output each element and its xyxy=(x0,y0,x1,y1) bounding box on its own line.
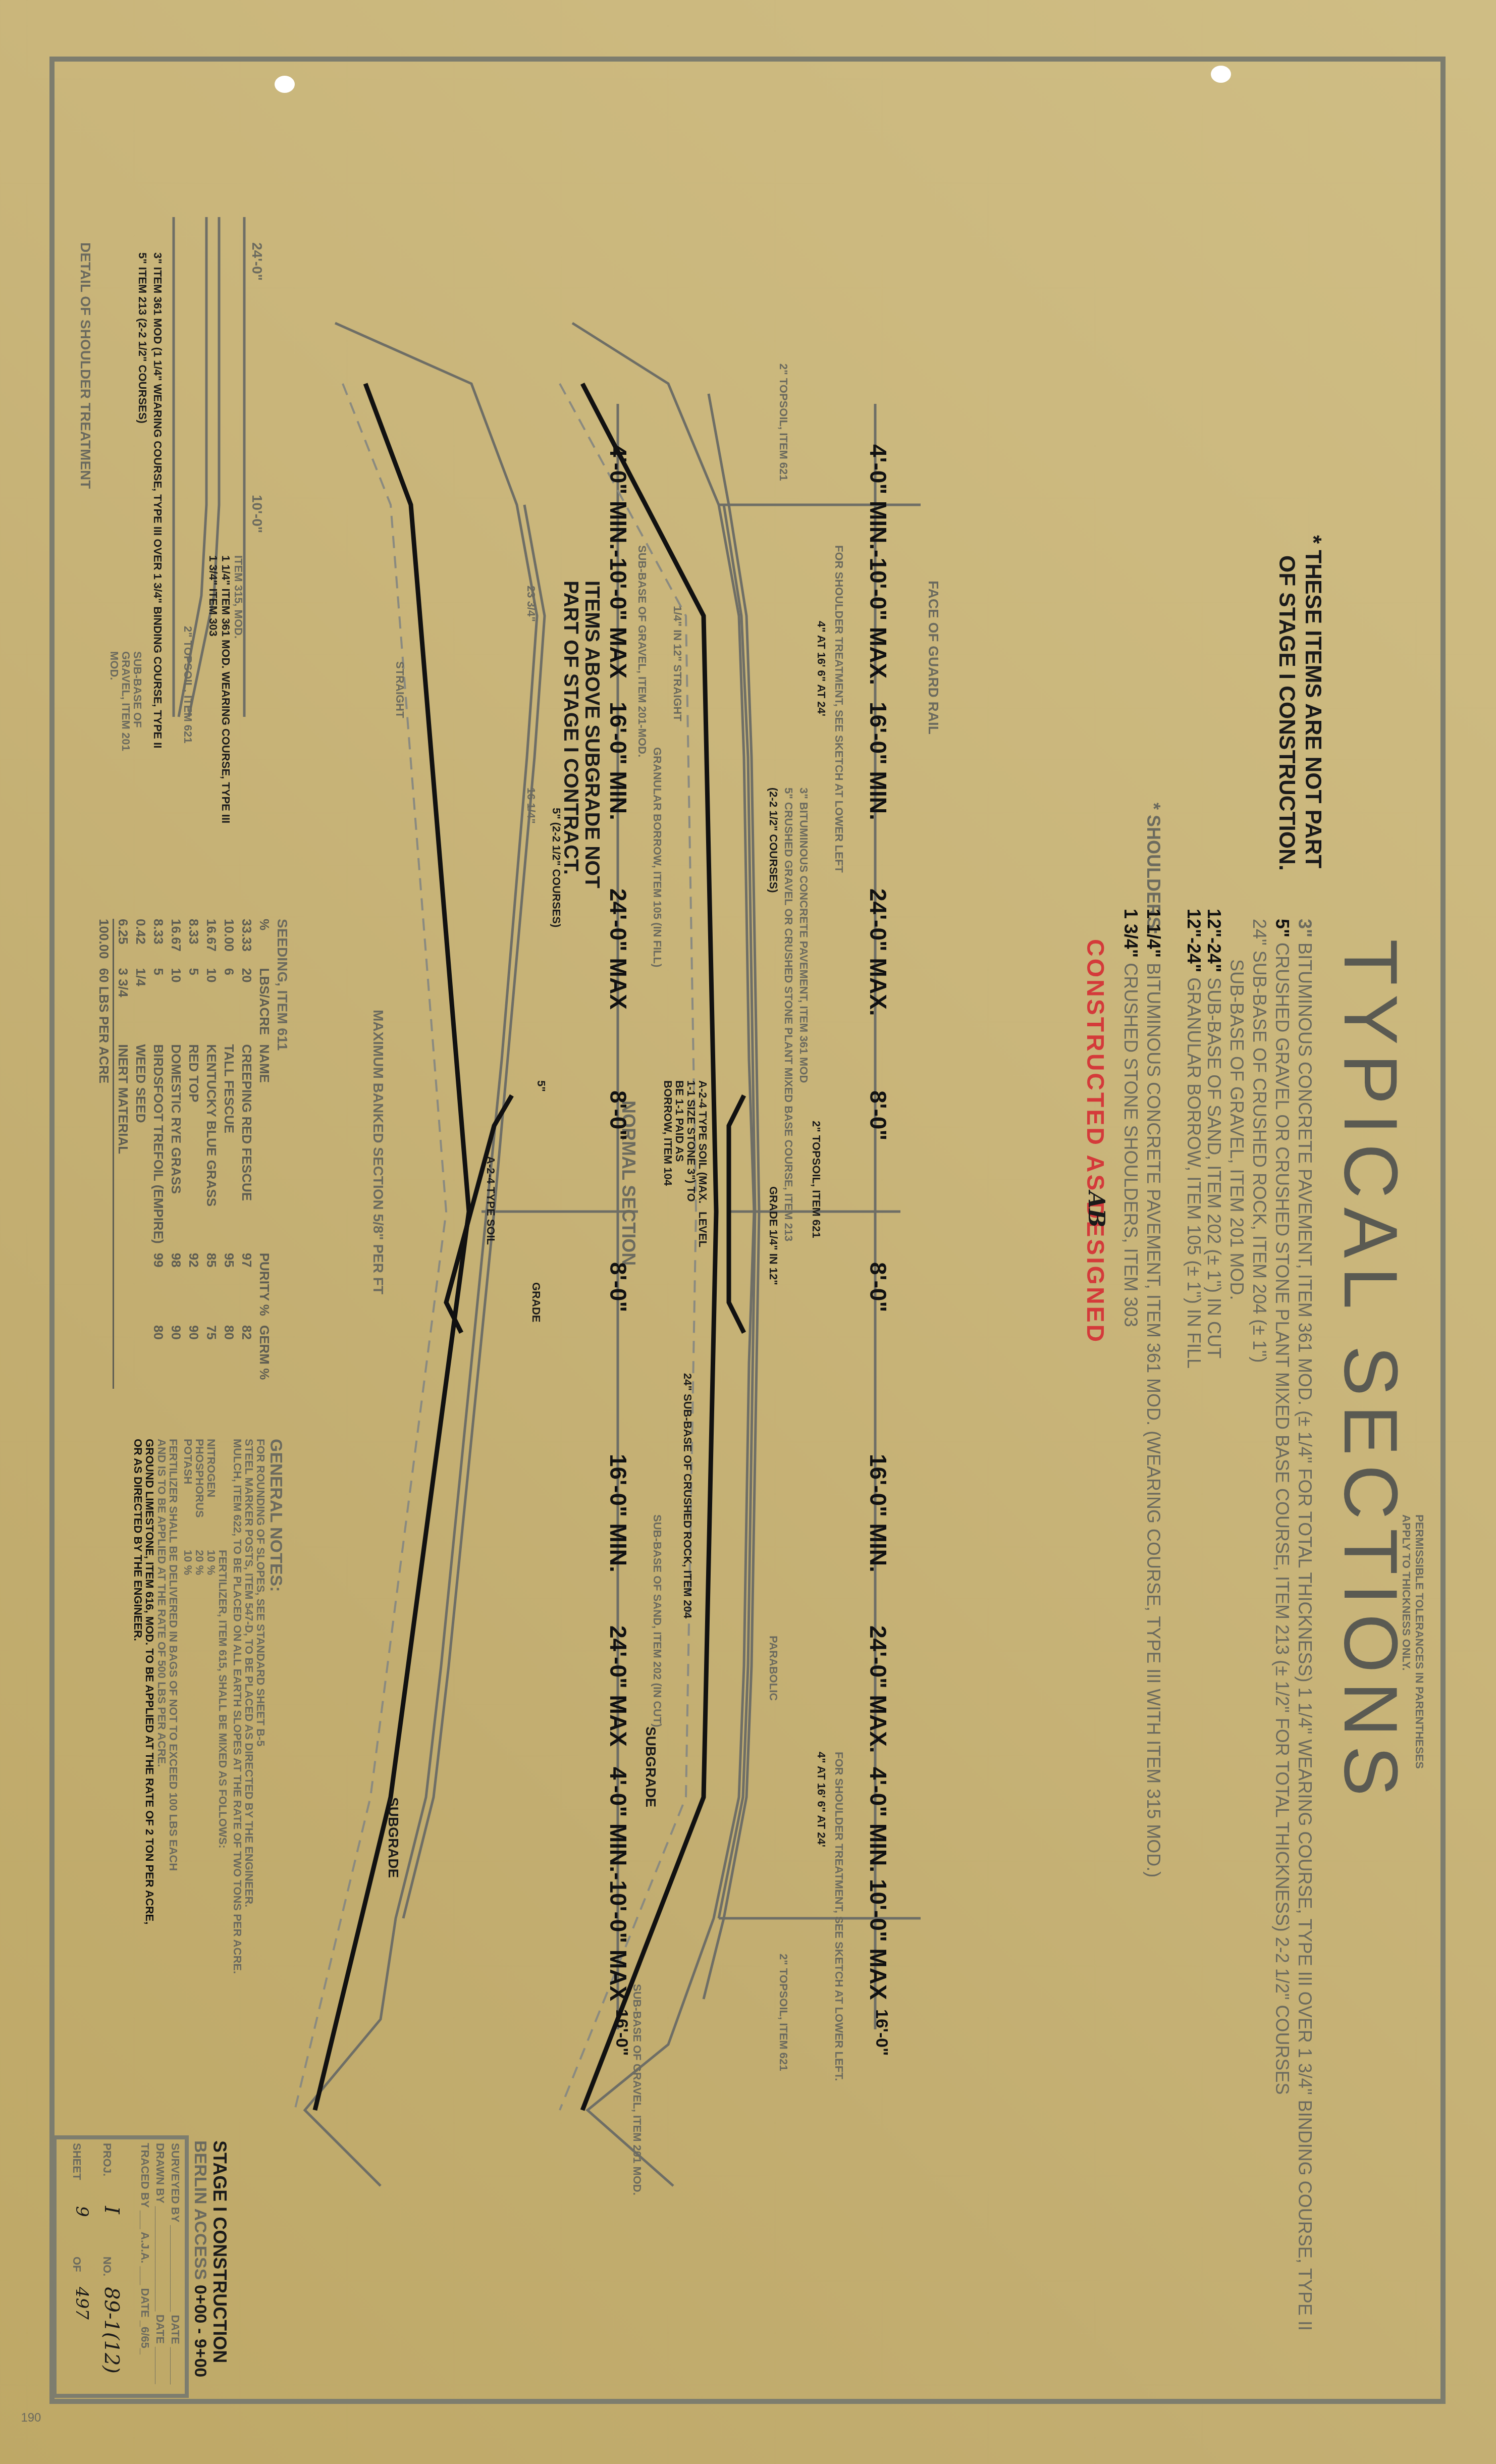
banked-note: ITEMS ABOVE SUBGRADE NOT PART OF STAGE I… xyxy=(560,581,603,904)
dim-label: 24'-0" MAX. xyxy=(866,888,890,1016)
cell: 75 xyxy=(202,1325,220,1389)
seeding-table: SEEDING, ITEM 611 % LBS/ACRE NAME PURITY… xyxy=(95,919,290,1389)
guard-rail-label: FACE OF GUARD RAIL xyxy=(926,581,941,735)
no-value: 89-1(12) xyxy=(101,2287,122,2374)
cell: KENTUCKY BLUE GRASS xyxy=(202,1044,220,1252)
pavement-label: 3" ITEM 361 MOD (1 1/4" WEARING COURSE, … xyxy=(152,252,164,748)
general-notes: GENERAL NOTES: FOR ROUNDING OF SLOPES, S… xyxy=(132,1439,285,1974)
cell: 5 xyxy=(149,968,167,1044)
asterisk-note-line1: * THESE ITEMS ARE NOT PART xyxy=(1301,535,1324,868)
note-line: STEEL MARKER POSTS, ITEM 547-D, TO BE PL… xyxy=(243,1439,255,1974)
dim-label: 16'-0" MIN. xyxy=(866,1454,890,1572)
parabolic-label: PARABOLIC xyxy=(768,1636,779,1701)
slope-straight-left: 1/4" IN 12" STRAIGHT xyxy=(672,606,683,721)
col-header: % xyxy=(255,919,273,968)
note-line: FOR ROUNDING OF SLOPES, SEE STANDARD SHE… xyxy=(255,1439,266,1974)
cell: 33.33 xyxy=(238,919,255,968)
seeding-row: 16.6710KENTUCKY BLUE GRASS8575 xyxy=(202,919,220,1389)
cell: 5 xyxy=(185,968,202,1044)
banked-section-title: MAXIMUM BANKED SECTION 5/8" PER FT xyxy=(371,1010,386,1294)
tolerance-note-line1: PERMISSIBLE TOLERANCES IN PARENTHESES xyxy=(1414,1514,1425,1769)
subbase-label: SUB-BASE OF GRAVEL, ITEM 201 MOD. xyxy=(109,651,143,762)
col-header: GERM % xyxy=(255,1325,273,1389)
seeding-header-row: % LBS/ACRE NAME PURITY % GERM % xyxy=(255,919,273,1389)
stamp-initials: AB xyxy=(1084,1191,1107,1227)
dim-16-25: 16 1/4" xyxy=(525,788,537,824)
subbase-rock-label: 24" SUB-BASE OF CRUSHED ROCK, ITEM 204 xyxy=(682,1373,693,1618)
cell: 8.33 xyxy=(149,919,167,968)
dim-label: 16'-0" MIN. xyxy=(866,702,890,820)
no-label: NO. xyxy=(101,2257,113,2276)
legend-item: 12"-24" SUB-BASE OF SAND, ITEM 202 (± 1"… xyxy=(1204,909,1223,1358)
topsoil-center: 2" TOPSOIL, ITEM 621 xyxy=(811,1121,822,1238)
cell xyxy=(132,1325,149,1389)
item361-label: 1 1/4" ITEM 361 MOD. WEARING COURSE, TYP… xyxy=(220,555,232,823)
dim-label: 4'-0" MIN. 10'-0" MAX xyxy=(866,1767,890,2000)
surveyed-by: SURVEYED BY ______________ DATE ______ xyxy=(170,2143,181,2384)
cell: 90 xyxy=(167,1325,185,1389)
item315-label: ITEM 315, MOD. xyxy=(233,555,244,639)
straight-label: STRAIGHT xyxy=(394,661,406,718)
cell: RED TOP xyxy=(185,1044,202,1252)
col-header: NAME xyxy=(255,1044,273,1252)
seeding-row: 33.3320CREEPING RED FESCUE9782 xyxy=(238,919,255,1389)
cell: 10 xyxy=(202,968,220,1044)
shoulder-item: 1 1/4" BITUMINOUS CONCRETE PAVEMENT, ITE… xyxy=(1144,909,1163,1877)
shoulder-ref-right: FOR SHOULDER TREATMENT, SEE SKETCH AT LO… xyxy=(833,1752,845,2081)
seeding-row: 8.335RED TOP9290 xyxy=(185,919,202,1389)
dim-24ft: 24'-0" xyxy=(250,242,264,281)
sheet-title: TYPICAL SECTIONS xyxy=(1331,939,1411,1805)
traced-by: TRACED BY ___ A.J.A. ___ DATE _6/65_ xyxy=(139,2143,151,2354)
crown-left: 4" AT 16' 6" AT 24' xyxy=(816,621,827,716)
cell: 80 xyxy=(220,1325,238,1389)
cell: 99 xyxy=(149,1253,167,1325)
cell: 16.67 xyxy=(202,919,220,968)
seeding-row: 16.6710DOMESTIC RYE GRASS9890 xyxy=(167,919,185,1389)
fertilizer-row: NITROGEN10 % xyxy=(205,1439,217,1974)
cell: 80 xyxy=(149,1325,167,1389)
cell: 92 xyxy=(185,1253,202,1325)
drawing-sheet: 190 xyxy=(0,0,1496,2464)
sheet-value: 9 xyxy=(72,2206,90,2217)
cell: 100.00 xyxy=(95,919,114,968)
dim-label: 24'-0" MAX xyxy=(606,888,630,1010)
level-label: LEVEL xyxy=(697,1212,709,1247)
cell xyxy=(113,1253,132,1325)
shoulder-item: 1 3/4" CRUSHED STONE SHOULDERS, ITEM 303 xyxy=(1121,909,1140,1327)
cell: 0.42 xyxy=(132,919,149,968)
shoulder-detail-title: DETAIL OF SHOULDER TREATMENT xyxy=(78,242,93,489)
drawn-by: DRAWN BY _________________ DATE ______ xyxy=(154,2143,166,2384)
cell: 6 xyxy=(220,968,238,1044)
dim-label: 8'-0" xyxy=(866,1090,890,1140)
seeding-row: 8.335BIRDSFOOT TREFOIL (EMPIRE)9980 xyxy=(149,919,167,1389)
sheet-label: SHEET xyxy=(71,2143,83,2180)
cell: WEED SEED xyxy=(132,1044,149,1252)
cell: 20 xyxy=(238,968,255,1044)
dim-label: 16'-0" MIN. xyxy=(606,1454,630,1572)
note-line: MULCH, ITEM 622, TO BE PLACED ON ALL EAR… xyxy=(232,1439,243,1974)
dim-label: 16'-0" xyxy=(612,2009,630,2056)
grade-label: GRADE xyxy=(530,1282,542,1322)
seeding-total-row: 100.0060 LBS PER ACRE xyxy=(95,919,114,1389)
base-label: 5" ITEM 213 (2-2 1/2" COURSES) xyxy=(137,252,148,424)
cell: 98 xyxy=(167,1253,185,1325)
cell: 97 xyxy=(238,1253,255,1325)
cell: 1/4 xyxy=(132,968,149,1044)
cell: 8.33 xyxy=(185,919,202,968)
of-label: OF xyxy=(71,2257,83,2272)
tolerance-note-line2: APPLY TO THICKNESS ONLY. xyxy=(1401,1514,1412,1670)
dim-10ft: 10'-0" xyxy=(250,495,264,533)
cell: CREEPING RED FESCUE xyxy=(238,1044,255,1252)
cell: BIRDSFOOT TREFOIL (EMPIRE) xyxy=(149,1044,167,1252)
cell: INERT MATERIAL xyxy=(113,1044,132,1252)
grade-slope-label: GRADE 1/4" IN 12" xyxy=(768,1186,779,1285)
seeding-row: 0.421/4WEED SEED xyxy=(132,919,149,1389)
cell xyxy=(132,1253,149,1325)
seeding-title: SEEDING, ITEM 611 xyxy=(275,919,290,1389)
of-value: 497 xyxy=(72,2287,90,2320)
dim-5: 5" xyxy=(536,1080,547,1092)
legend-item: 12"-24" GRANULAR BORROW, ITEM 105 (± 1")… xyxy=(1184,909,1203,1369)
base-label: 5" CRUSHED GRAVEL OR CRUSHED STONE PLANT… xyxy=(783,788,794,1241)
fertilizer-delivery: AND IS TO BE APPLIED AT THE RATE OF 500 … xyxy=(155,1439,167,1974)
dim-label: 8'-0" xyxy=(606,1090,630,1140)
dim-label: 4'-0" MIN.-10'-0" MAX. xyxy=(866,444,890,685)
limestone-note: GROUND LIMESTONE, ITEM 616, MOD. TO BE A… xyxy=(144,1439,155,1974)
subbase-gravel-left: SUB-BASE OF GRAVEL, ITEM 201-MOD. xyxy=(636,545,648,757)
courses-label: 5" (2-2 1/2" COURSES) xyxy=(551,808,562,927)
topsoil-left: 2" TOPSOIL, ITEM 621 xyxy=(778,363,789,481)
dim-23-75: 23 3/4" xyxy=(525,586,537,622)
seeding-row: 6.253 3/4INERT MATERIAL xyxy=(113,919,132,1389)
stage-label: STAGE I CONSTRUCTION xyxy=(210,2140,229,2363)
proj-value: I xyxy=(101,2206,122,2214)
dim-label: 24'-0" MAX. xyxy=(866,1626,890,1753)
legend-item: SUB-BASE OF GRAVEL, ITEM 201 MOD. xyxy=(1227,959,1246,1300)
dim-label: 16'-0" MIN. xyxy=(606,702,630,820)
fertilizer-intro: FERTILIZER, ITEM 615, SHALL BE MIXED AS … xyxy=(217,1550,229,1974)
subbase-gravel-right: SUB-BASE OF GRAVEL, ITEM 201 MOD. xyxy=(631,1984,643,2195)
cell: 95 xyxy=(220,1253,238,1325)
topsoil-right: 2" TOPSOIL, ITEM 621 xyxy=(778,1954,789,2071)
cell: 90 xyxy=(185,1325,202,1389)
legend-item: 5" CRUSHED GRAVEL OR CRUSHED STONE PLANT… xyxy=(1272,919,1292,2095)
dim-label: 8'-0" xyxy=(606,1262,630,1312)
legend-item: 24" SUB-BASE OF CRUSHED ROCK, ITEM 204 (… xyxy=(1250,919,1269,1363)
cell xyxy=(113,1325,132,1389)
col-header: LBS/ACRE xyxy=(255,968,273,1044)
crown-right: 4" AT 16' 6" AT 24' xyxy=(816,1752,827,1847)
seeding-row: 10.006TALL FESCUE9580 xyxy=(220,919,238,1389)
base-courses-label: (2-2 1/2" COURSES) xyxy=(768,788,779,893)
cell: 6.25 xyxy=(113,919,132,968)
project-line: BERLIN ACCESS 0+00 - 9+00 xyxy=(191,2140,209,2377)
cell: 82 xyxy=(238,1325,255,1389)
cell: DOMESTIC RYE GRASS xyxy=(167,1044,185,1252)
subgrade-label: SUBGRADE xyxy=(386,1797,401,1878)
dim-label: 4'-0" MIN.-10'-0" MAX xyxy=(606,444,630,678)
dim-label: 8'-0" xyxy=(866,1262,890,1312)
limestone-note: OR AS DIRECTED BY THE ENGINEER. xyxy=(132,1439,144,1974)
dim-label: 16'-0" xyxy=(872,2009,890,2056)
cell: 16.67 xyxy=(167,919,185,968)
fertilizer-row: POTASH10 % xyxy=(182,1439,194,1974)
proj-label: PROJ. xyxy=(101,2143,113,2176)
legend-item: 3" BITUMINOUS CONCRETE PAVEMENT, ITEM 36… xyxy=(1295,919,1314,2331)
topsoil-label: 2" TOPSOIL, ITEM 621 xyxy=(182,626,194,744)
cell: 10.00 xyxy=(220,919,238,968)
subbase-sand-label: SUB-BASE OF SAND, ITEM 202 (IN CUT) xyxy=(652,1514,663,1727)
granular-borrow-label: GRANULAR BORROW, ITEM 105 (IN FILL) xyxy=(652,747,663,967)
dim-label: 4'-0" MIN.-10'-0" MAX xyxy=(606,1767,630,2001)
cell: 60 LBS PER ACRE xyxy=(95,968,114,1389)
fertilizer-delivery: FERTILIZER SHALL BE DELIVERED IN BAGS OF… xyxy=(168,1439,179,1974)
cell: 3 3/4 xyxy=(113,968,132,1044)
constructed-as-designed-stamp: CONSTRUCTED AS DESIGNED xyxy=(1082,939,1107,1344)
general-notes-title: GENERAL NOTES: xyxy=(266,1439,285,1974)
dim-label: 24'-0" MAX xyxy=(606,1626,630,1747)
pavement-label: 3" BITUMINOUS CONCRETE PAVEMENT, ITEM 36… xyxy=(798,788,810,1083)
fertilizer-row: PHOSPHORUS20 % xyxy=(194,1439,205,1974)
item303-label: 1 3/4" ITEM 303 xyxy=(207,555,219,637)
cell: TALL FESCUE xyxy=(220,1044,238,1252)
shoulder-ref-left: FOR SHOULDER TREATMENT, SEE SKETCH AT LO… xyxy=(833,545,845,873)
col-header: PURITY % xyxy=(255,1253,273,1325)
median-soil-label: A-2-4 TYPE SOIL (MAX. 1-1 SIZE STONE 3")… xyxy=(662,1080,709,1212)
cell: 85 xyxy=(202,1253,220,1325)
asterisk-note-line2: OF STAGE I CONSTRUCTION. xyxy=(1275,555,1298,871)
soil-label: A-2-4 TYPE SOIL xyxy=(485,1156,497,1245)
subgrade-label: SUBGRADE xyxy=(644,1726,658,1807)
cell: 10 xyxy=(167,968,185,1044)
